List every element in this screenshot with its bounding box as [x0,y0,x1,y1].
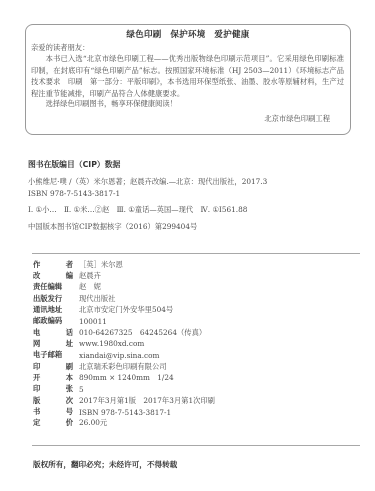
top-divider [32,253,360,254]
info-label-part: 张 [66,384,73,394]
bottom-divider [32,445,360,446]
info-row: 印刷北京瑞禾彩色印刷有限公司 [33,361,167,372]
info-value: xiandai@vip.sina.com [79,351,159,360]
info-row: 印张5 [33,384,84,395]
info-value: ISBN 978-7-5143-3817-1 [79,408,171,417]
info-label-part: 开 [33,373,40,383]
info-label-part: 刷 [66,362,73,372]
info-label-part: 出版发行 [33,294,62,304]
notice-signature: 北京市绿色印刷工程 [264,114,330,124]
cip-line-cip-number: 中国版本图书馆CIP数据核字（2016）第299404号 [28,222,197,232]
info-row: 开本890mm × 1240mm 1/24 [33,373,174,384]
info-row: 网址www.1980xd.com [33,338,144,349]
info-label-part: 者 [66,260,73,270]
info-row: 书号ISBN 978-7-5143-3817-1 [33,407,171,418]
cip-line-isbn: ISBN 978-7-5143-3817-1 [28,189,120,198]
info-value: 100011 [79,317,107,326]
info-value: 北京市安定门外安华里504号 [79,305,173,315]
info-label-part: 话 [66,328,73,338]
info-value: 5 [79,385,84,394]
info-row: 改编赵晨卉 [33,270,101,281]
cip-line-classification: Ⅰ. ①小… Ⅱ. ①米…②赵 Ⅲ. ①童话—英国—现代 Ⅳ. ①I561.88 [28,205,247,215]
info-label-part: 邮政编码 [33,316,62,326]
info-label-part: 改 [33,271,40,281]
info-label-part: 书 [33,407,40,417]
info-value: 2017年3月第1版 2017年3月第1次印刷 [79,396,215,406]
notice-greeting: 亲爱的读者朋友： [31,43,89,53]
notice-title: 绿色印刷 保护环境 爱护健康 [26,28,350,40]
copyright-notice: 版权所有，翻印必究；未经许可，不得转载 [33,459,177,470]
info-label-part: 电子邮箱 [33,350,62,360]
info-value: 现代出版社 [79,294,115,304]
green-printing-notice-box: 绿色印刷 保护环境 爱护健康 亲爱的读者朋友： 本书已入选“北京市绿色印刷工程—… [25,24,351,135]
cip-line-catalog: 小熊维尼·噗 /（英）米尔恩著；赵晨卉改编.—北京：现代出版社，2017.3 [28,177,267,187]
info-row: 电子邮箱xiandai@vip.sina.com [33,350,159,361]
info-row: 责任编辑赵 妮 [33,282,101,293]
info-label: 网址 [33,339,73,349]
info-label-part: 号 [66,407,73,417]
info-label: 定价 [33,418,73,428]
info-label-part: 版 [33,396,40,406]
info-value: 890mm × 1240mm 1/24 [79,373,174,383]
info-label: 电子邮箱 [33,350,73,360]
info-label-part: 编 [66,271,73,281]
info-label-part: 址 [66,339,73,349]
info-row: 电话010-64267325 64245264（传真） [33,327,206,338]
info-value: 赵 妮 [79,282,101,292]
info-label: 印刷 [33,362,73,372]
info-row: 版次2017年3月第1版 2017年3月第1次印刷 [33,395,215,406]
info-row: 通讯地址北京市安定门外安华里504号 [33,304,173,315]
info-label: 邮政编码 [33,316,73,326]
info-label-part: 通讯地址 [33,305,62,315]
info-label: 版次 [33,396,73,406]
info-value: www.1980xd.com [79,339,144,348]
info-label: 电话 [33,328,73,338]
info-label: 改编 [33,271,73,281]
info-label-part: 印 [33,384,40,394]
info-label-part: 定 [33,418,40,428]
info-label-part: 印 [33,362,40,372]
info-value: 赵晨卉 [79,271,101,281]
info-label-part: 价 [66,418,73,428]
notice-paragraph: 本书已入选“北京市绿色印刷工程——优秀出版物绿色印刷示范项目”。它采用绿色印刷标… [31,53,344,99]
info-label: 通讯地址 [33,305,73,315]
cip-title: 图书在版编目（CIP）数据 [28,159,120,170]
info-label-part: 本 [66,373,73,383]
info-row: 邮政编码100011 [33,316,107,327]
info-label: 作者 [33,260,73,270]
info-label: 印张 [33,384,73,394]
info-row: 定价26.00元 [33,418,107,429]
info-label: 书号 [33,407,73,417]
info-label-part: 责任编辑 [33,282,62,292]
info-label: 开本 [33,373,73,383]
notice-closing: 选择绿色印刷图书，畅享环保健康阅读！ [31,99,177,109]
info-label: 出版发行 [33,294,73,304]
info-label-part: 作 [33,260,40,270]
info-value: 北京瑞禾彩色印刷有限公司 [79,362,167,372]
info-label: 责任编辑 [33,282,73,292]
info-label-part: 次 [66,396,73,406]
info-value: ［英］米尔恩 [79,260,123,270]
info-label-part: 电 [33,328,40,338]
info-value: 010-64267325 64245264（传真） [79,328,206,338]
info-row: 作者［英］米尔恩 [33,259,123,270]
info-row: 出版发行现代出版社 [33,293,115,304]
info-label-part: 网 [33,339,40,349]
info-value: 26.00元 [79,418,107,428]
